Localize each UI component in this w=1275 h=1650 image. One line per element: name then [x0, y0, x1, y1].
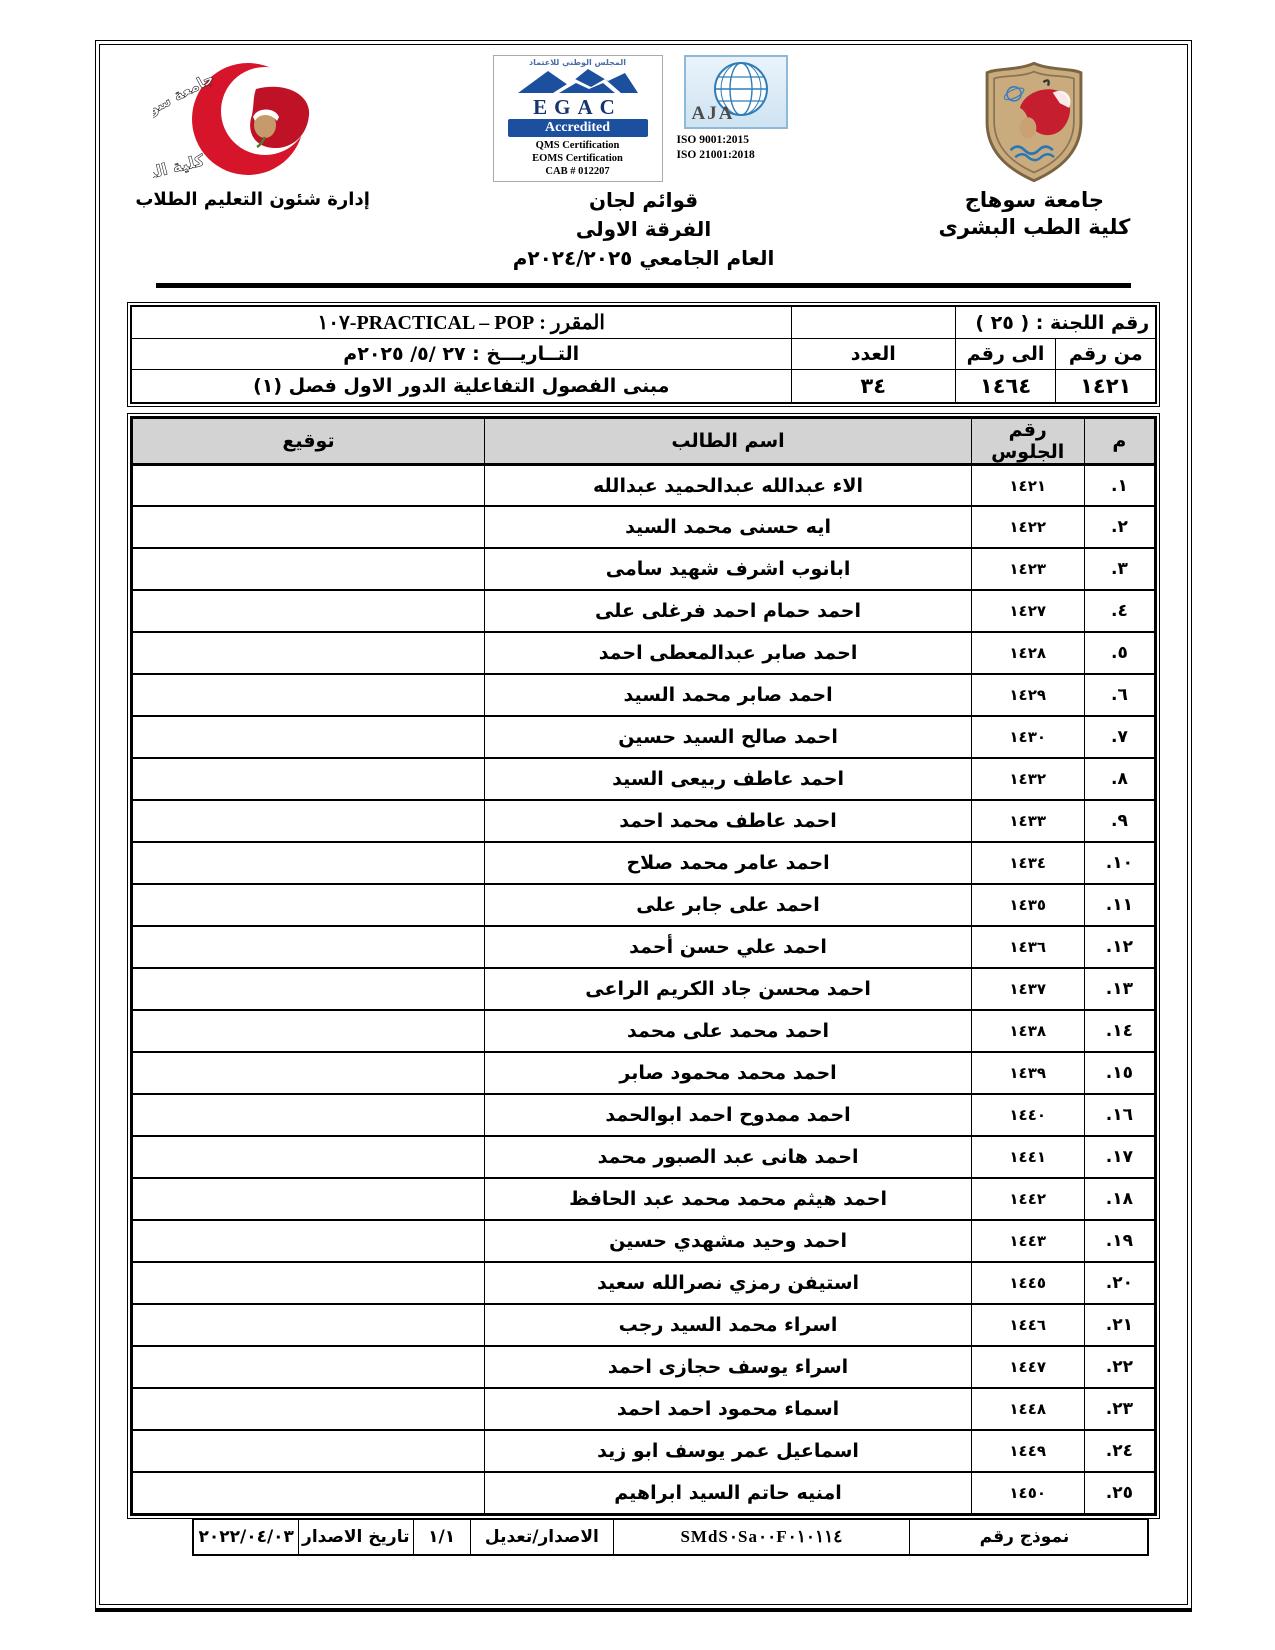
row-student-name: ابانوب اشرف شهيد سامى: [485, 548, 972, 590]
row-index: ٨.: [1084, 758, 1156, 800]
row-student-name: احمد صالح السيد حسين: [485, 716, 972, 758]
row-index: ٩.: [1084, 800, 1156, 842]
row-signature-cell: [131, 632, 484, 674]
student-table-header-row: م رقم الجلوس اسم الطالب توقيع: [131, 417, 1156, 464]
issue-date-value: ٢٠٢٢/٠٤/٠٣: [193, 1519, 298, 1555]
row-index: ١١.: [1084, 884, 1156, 926]
count-label: العدد: [791, 339, 955, 370]
table-row: ١١. ١٤٣٥ احمد على جابر على: [131, 884, 1156, 926]
student-affairs-label: إدارة شئون التعليم الطلاب: [108, 189, 397, 210]
table-row: ٢١. ١٤٤٦ اسراء محمد السيد رجب: [131, 1304, 1156, 1346]
table-row: ٢٣. ١٤٤٨ اسماء محمود احمد احمد: [131, 1388, 1156, 1430]
row-seat-number: ١٤٤٥: [971, 1262, 1084, 1304]
exam-location: مبنى الفصول التفاعلية الدور الاول فصل (١…: [131, 370, 791, 403]
row-student-name: احمد عامر محمد صلاح: [485, 842, 972, 884]
row-seat-number: ١٤٣٠: [971, 716, 1084, 758]
row-student-name: احمد محمد على محمد: [485, 1010, 972, 1052]
form-footer-row: نموذج رقم SMdS٠Sa٠٠F٠١٠١١٤ الاصدار/تعديل…: [193, 1519, 1148, 1555]
row-signature-cell: [131, 1262, 484, 1304]
student-table-body: ١. ١٤٢١ الاء عبدالله عبدالحميد عبدالله ٢…: [131, 464, 1156, 1514]
table-row: ٦. ١٤٢٩ احمد صابر محمد السيد: [131, 674, 1156, 716]
col-header-name: اسم الطالب: [485, 417, 972, 464]
row-student-name: احمد ممدوح احمد ابوالحمد: [485, 1094, 972, 1136]
row-signature-cell: [131, 968, 484, 1010]
row-student-name: اسراء يوسف حجازى احمد: [485, 1346, 972, 1388]
table-row: ١٦. ١٤٤٠ احمد ممدوح احمد ابوالحمد: [131, 1094, 1156, 1136]
row-index: ١٦.: [1084, 1094, 1156, 1136]
table-row: ٢٢. ١٤٤٧ اسراء يوسف حجازى احمد: [131, 1346, 1156, 1388]
table-row: ٣. ١٤٢٣ ابانوب اشرف شهيد سامى: [131, 548, 1156, 590]
row-seat-number: ١٤٣٧: [971, 968, 1084, 1010]
row-signature-cell: [131, 1094, 484, 1136]
empty-cell: [791, 306, 955, 339]
row-index: ٧.: [1084, 716, 1156, 758]
academic-year-title: العام الجامعي ٢٠٢٤/٢٠٢٥م: [397, 244, 890, 273]
table-row: ١٧. ١٤٤١ احمد هانى عبد الصبور محمد: [131, 1136, 1156, 1178]
student-table: م رقم الجلوس اسم الطالب توقيع ١. ١٤٢١ ال…: [130, 416, 1158, 1516]
form-number-label: نموذج رقم: [909, 1519, 1148, 1555]
row-index: ١٢.: [1084, 926, 1156, 968]
university-name: جامعة سوهاج: [890, 187, 1179, 214]
row-student-name: احمد محسن جاد الكريم الراعى: [485, 968, 972, 1010]
row-index: ٣.: [1084, 548, 1156, 590]
student-table-wrapper: م رقم الجلوس اسم الطالب توقيع ١. ١٤٢١ ال…: [127, 413, 1161, 1519]
aja-name: AJA: [692, 103, 735, 125]
table-row: ١٤. ١٤٣٨ احمد محمد على محمد: [131, 1010, 1156, 1052]
table-row: ٤. ١٤٢٧ احمد حمام احمد فرغلى على: [131, 590, 1156, 632]
col-header-seat: رقم الجلوس: [971, 417, 1084, 464]
aja-globe-box: AJA: [684, 55, 788, 129]
table-row: ٢٤. ١٤٤٩ اسماعيل عمر يوسف ابو زيد: [131, 1430, 1156, 1472]
document-page: جامعة سوهاج كلية الطب البشرى المجلس الوط…: [95, 40, 1192, 1612]
table-row: ٢٠. ١٤٤٥ استيفن رمزي نصرالله سعيد: [131, 1262, 1156, 1304]
row-student-name: احمد صابر عبدالمعطى احمد: [485, 632, 972, 674]
row-seat-number: ١٤٢٨: [971, 632, 1084, 674]
row-signature-cell: [131, 506, 484, 548]
row-seat-number: ١٤٢١: [971, 464, 1084, 506]
row-student-name: احمد عاطف محمد احمد: [485, 800, 972, 842]
row-signature-cell: [131, 884, 484, 926]
row-signature-cell: [131, 926, 484, 968]
iso-9001-line: ISO 9001:2015: [677, 133, 795, 148]
count-value: ٣٤: [791, 370, 955, 403]
egac-cab-number: CAB # 012207: [498, 165, 658, 178]
table-row: ٧. ١٤٣٠ احمد صالح السيد حسين: [131, 716, 1156, 758]
row-student-name: اسراء محمد السيد رجب: [485, 1304, 972, 1346]
row-student-name: احمد محمد محمود صابر: [485, 1052, 972, 1094]
document-title: قوائم لجان: [397, 186, 890, 215]
row-signature-cell: [131, 464, 484, 506]
faculty-name: كلية الطب البشرى: [890, 214, 1179, 241]
document-header: جامعة سوهاج كلية الطب البشرى المجلس الوط…: [108, 55, 1179, 273]
row-seat-number: ١٤٣٣: [971, 800, 1084, 842]
row-seat-number: ١٤٢٢: [971, 506, 1084, 548]
row-signature-cell: [131, 1052, 484, 1094]
table-row: ١٣. ١٤٣٧ احمد محسن جاد الكريم الراعى: [131, 968, 1156, 1010]
row-signature-cell: [131, 548, 484, 590]
iso-21001-line: ISO 21001:2018: [677, 148, 795, 163]
from-number-value: ١٤٢١: [1056, 370, 1156, 403]
row-student-name: احمد على جابر على: [485, 884, 972, 926]
issue-date-label: تاريخ الاصدار: [299, 1519, 414, 1555]
header-center-block: المجلس الوطني للاعتماد EGAC Accredited Q…: [397, 55, 890, 273]
egac-cert-line-1: QMS Certification: [498, 139, 658, 152]
row-student-name: احمد حمام احمد فرغلى على: [485, 590, 972, 632]
row-signature-cell: [131, 758, 484, 800]
row-signature-cell: [131, 842, 484, 884]
row-seat-number: ١٤٤٣: [971, 1220, 1084, 1262]
row-student-name: امنيه حاتم السيد ابراهيم: [485, 1472, 972, 1514]
row-seat-number: ١٤٣٥: [971, 884, 1084, 926]
row-index: ١٤.: [1084, 1010, 1156, 1052]
row-seat-number: ١٤٢٩: [971, 674, 1084, 716]
table-row: ٥. ١٤٢٨ احمد صابر عبدالمعطى احمد: [131, 632, 1156, 674]
row-index: ١٩.: [1084, 1220, 1156, 1262]
row-student-name: احمد عاطف ربيعى السيد: [485, 758, 972, 800]
row-signature-cell: [131, 1388, 484, 1430]
row-signature-cell: [131, 800, 484, 842]
col-header-signature: توقيع: [131, 417, 484, 464]
row-signature-cell: [131, 1178, 484, 1220]
row-seat-number: ١٤٤٩: [971, 1430, 1084, 1472]
row-student-name: احمد وحيد مشهدي حسين: [485, 1220, 972, 1262]
committee-info-wrapper: رقم اللجنة : ( ٢٥ ) المقرر : PRACTICAL –…: [127, 302, 1161, 407]
row-student-name: احمد هيثم محمد محمد عبد الحافظ: [485, 1178, 972, 1220]
egac-arc-text: المجلس الوطني للاعتماد: [498, 58, 658, 67]
row-seat-number: ١٤٣٢: [971, 758, 1084, 800]
table-row: ١٥. ١٤٣٩ احمد محمد محمود صابر: [131, 1052, 1156, 1094]
page-frame: جامعة سوهاج كلية الطب البشرى المجلس الوط…: [99, 44, 1188, 1605]
row-student-name: ايه حسنى محمد السيد: [485, 506, 972, 548]
row-index: ٢١.: [1084, 1304, 1156, 1346]
row-student-name: اسماء محمود احمد احمد: [485, 1388, 972, 1430]
row-signature-cell: [131, 674, 484, 716]
row-seat-number: ١٤٢٧: [971, 590, 1084, 632]
row-index: ٢٣.: [1084, 1388, 1156, 1430]
form-footer-table: نموذج رقم SMdS٠Sa٠٠F٠١٠١١٤ الاصدار/تعديل…: [192, 1518, 1149, 1556]
grade-title: الفرقة الاولى: [397, 215, 890, 244]
row-signature-cell: [131, 590, 484, 632]
table-row: ١. ١٤٢١ الاء عبدالله عبدالحميد عبدالله: [131, 464, 1156, 506]
course-name: المقرر : PRACTICAL – POP-١٠٧: [131, 306, 791, 339]
row-index: ٢٢.: [1084, 1346, 1156, 1388]
row-index: ١٧.: [1084, 1136, 1156, 1178]
row-index: ٢.: [1084, 506, 1156, 548]
egac-logo: المجلس الوطني للاعتماد EGAC Accredited Q…: [493, 55, 663, 182]
exam-date: التــاريـــخ : ٢٧ /٥/ ٢٠٢٥م: [131, 339, 791, 370]
accreditation-logos: المجلس الوطني للاعتماد EGAC Accredited Q…: [397, 55, 890, 182]
row-seat-number: ١٤٤١: [971, 1136, 1084, 1178]
table-row: ١٢. ١٤٣٦ احمد علي حسن أحمد: [131, 926, 1156, 968]
university-logo-block: جامعة سوهاج كلية الطب البشرى: [890, 55, 1179, 242]
row-seat-number: ١٤٤٧: [971, 1346, 1084, 1388]
egac-cert-line-2: EOMS Certification: [498, 152, 658, 165]
table-row: ٨. ١٤٣٢ احمد عاطف ربيعى السيد: [131, 758, 1156, 800]
row-signature-cell: [131, 1010, 484, 1052]
table-row: ٩. ١٤٣٣ احمد عاطف محمد احمد: [131, 800, 1156, 842]
row-seat-number: ١٤٤٠: [971, 1094, 1084, 1136]
row-student-name: احمد علي حسن أحمد: [485, 926, 972, 968]
table-row: ١٩. ١٤٤٣ احمد وحيد مشهدي حسين: [131, 1220, 1156, 1262]
row-seat-number: ١٤٤٢: [971, 1178, 1084, 1220]
row-signature-cell: [131, 716, 484, 758]
col-header-index: م: [1084, 417, 1156, 464]
row-index: ٢٥.: [1084, 1472, 1156, 1514]
aja-logo: AJA ISO 9001:2015 ISO 21001:2018: [677, 55, 795, 163]
row-signature-cell: [131, 1220, 484, 1262]
university-shield-icon: [975, 61, 1093, 183]
row-index: ٥.: [1084, 632, 1156, 674]
row-signature-cell: [131, 1430, 484, 1472]
row-signature-cell: [131, 1304, 484, 1346]
header-divider: [156, 283, 1131, 288]
egac-name: EGAC: [498, 97, 658, 118]
row-student-name: الاء عبدالله عبدالحميد عبدالله: [485, 464, 972, 506]
row-seat-number: ١٤٣٨: [971, 1010, 1084, 1052]
table-row: ٢٥. ١٤٥٠ امنيه حاتم السيد ابراهيم: [131, 1472, 1156, 1514]
row-index: ١٠.: [1084, 842, 1156, 884]
row-index: ١.: [1084, 464, 1156, 506]
row-index: ٦.: [1084, 674, 1156, 716]
row-student-name: اسماعيل عمر يوسف ابو زيد: [485, 1430, 972, 1472]
row-seat-number: ١٤٣٦: [971, 926, 1084, 968]
row-signature-cell: [131, 1136, 484, 1178]
row-signature-cell: [131, 1472, 484, 1514]
row-seat-number: ١٤٢٣: [971, 548, 1084, 590]
row-index: ٢٤.: [1084, 1430, 1156, 1472]
committee-number: رقم اللجنة : ( ٢٥ ): [955, 306, 1156, 339]
egac-accredited-badge: Accredited: [508, 119, 648, 137]
to-number-value: ١٤٦٤: [955, 370, 1055, 403]
issue-label: الاصدار/تعديل: [470, 1519, 613, 1555]
row-student-name: احمد هانى عبد الصبور محمد: [485, 1136, 972, 1178]
form-number-code: SMdS٠Sa٠٠F٠١٠١١٤: [613, 1519, 909, 1555]
crescent-logo-icon: جامعة سوهاج كلية الطب: [153, 55, 353, 183]
row-index: ١٣.: [1084, 968, 1156, 1010]
row-seat-number: ١٤٤٨: [971, 1388, 1084, 1430]
committee-info-table: رقم اللجنة : ( ٢٥ ) المقرر : PRACTICAL –…: [130, 305, 1158, 404]
to-number-label: الى رقم: [955, 339, 1055, 370]
form-footer-wrapper: نموذج رقم SMdS٠Sa٠٠F٠١٠١١٤ الاصدار/تعديل…: [192, 1518, 1149, 1556]
issue-value: ١/١: [413, 1519, 470, 1555]
table-row: ١٨. ١٤٤٢ احمد هيثم محمد محمد عبد الحافظ: [131, 1178, 1156, 1220]
from-number-label: من رقم: [1056, 339, 1156, 370]
row-index: ٤.: [1084, 590, 1156, 632]
row-seat-number: ١٤٣٩: [971, 1052, 1084, 1094]
row-student-name: احمد صابر محمد السيد: [485, 674, 972, 716]
row-seat-number: ١٤٥٠: [971, 1472, 1084, 1514]
crescent-bottom-text: كلية الطب: [153, 150, 207, 183]
egac-mountains-icon: [513, 67, 643, 93]
row-index: ١٥.: [1084, 1052, 1156, 1094]
table-row: ١٠. ١٤٣٤ احمد عامر محمد صلاح: [131, 842, 1156, 884]
row-index: ٢٠.: [1084, 1262, 1156, 1304]
row-index: ١٨.: [1084, 1178, 1156, 1220]
row-seat-number: ١٤٤٦: [971, 1304, 1084, 1346]
row-student-name: استيفن رمزي نصرالله سعيد: [485, 1262, 972, 1304]
row-seat-number: ١٤٣٤: [971, 842, 1084, 884]
faculty-logo-block: جامعة سوهاج كلية الطب إدارة شئون التعليم…: [108, 55, 397, 210]
row-signature-cell: [131, 1346, 484, 1388]
table-row: ٢. ١٤٢٢ ايه حسنى محمد السيد: [131, 506, 1156, 548]
